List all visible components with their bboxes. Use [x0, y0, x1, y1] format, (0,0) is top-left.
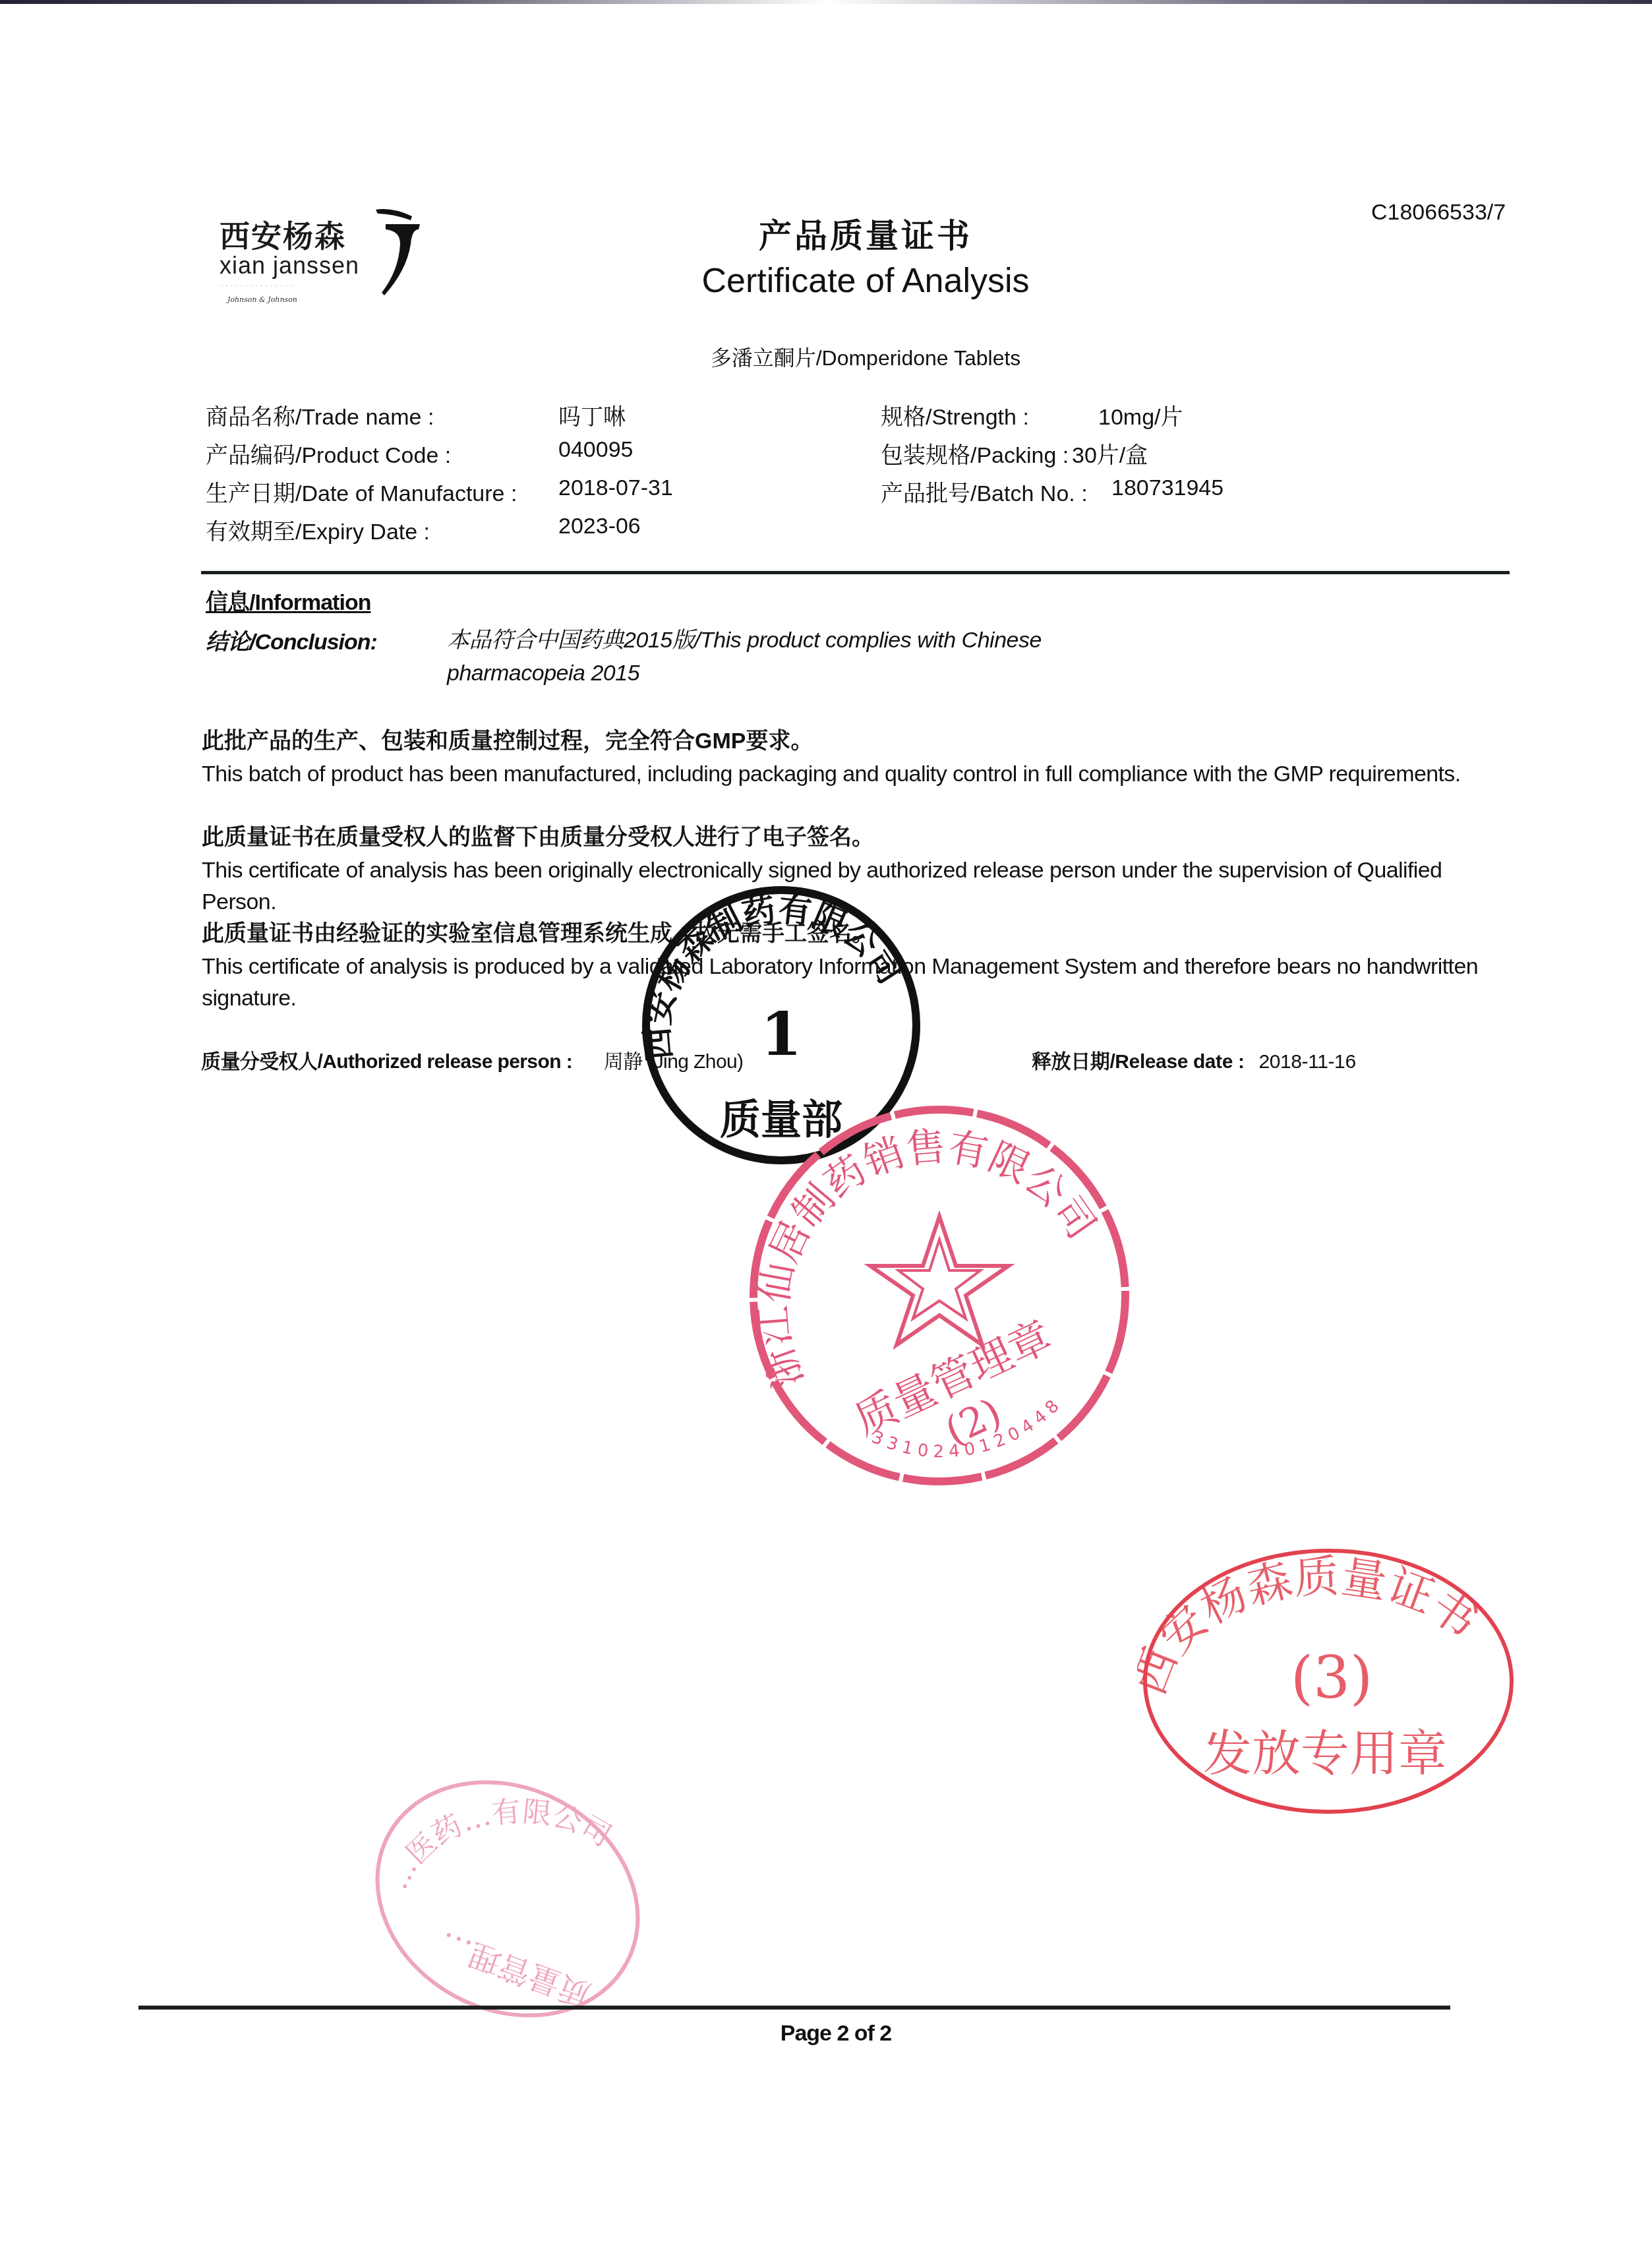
stamp-center-text: (3)	[1291, 1644, 1373, 1712]
field-value: 180731945	[1111, 475, 1224, 501]
signature-label: 质量分受权人/Authorized release person :	[201, 1051, 572, 1073]
field-value: 30片/盒	[1072, 437, 1148, 469]
release-label: 释放日期/Release date :	[1032, 1051, 1245, 1073]
gmp-statement-en: This batch of product has been manufactu…	[202, 758, 1514, 790]
section-divider	[201, 571, 1510, 574]
scan-edge	[0, 0, 1652, 4]
field-value: 2018-07-31	[558, 475, 673, 501]
stamp-ring-text: …医药…有限公司	[380, 1795, 616, 1895]
field-label: 商品名称/Trade name :	[206, 399, 434, 431]
field-value: 040095	[558, 437, 633, 463]
field-label: 产品编码/Product Code :	[206, 437, 451, 469]
conclusion-text: 本品符合中国药典2015版/This product complies with…	[447, 624, 1172, 690]
field-label: 规格/Strength :	[881, 399, 1029, 431]
field-value: 2023-06	[558, 514, 641, 539]
field-label: 生产日期/Date of Manufacture :	[206, 475, 517, 508]
document-id: C18066533/7	[1371, 200, 1506, 225]
esign-statement-cn: 此质量证书在质量受权人的监督下由质量分受权人进行了电子签名。	[202, 821, 1514, 853]
conclusion-label: 结论/Conclusion:	[206, 624, 377, 656]
field-value: 吗丁啉	[558, 399, 626, 431]
product-name: 多潘立酮片/Domperidone Tablets	[0, 342, 1652, 372]
title-english: Certificate of Analysis	[0, 261, 1652, 301]
information-heading: 信息/Information	[206, 584, 370, 616]
footer-divider	[138, 2006, 1450, 2010]
quality-management-stamp: 浙江仙居制药销售有限公司 质量管理章 (2) 3310240120448	[742, 1098, 1137, 1493]
release-special-stamp: 西安杨森质量证书 (3) 发放专用章	[1137, 1543, 1519, 1820]
faded-stamp: …医药…有限公司 质量管理…	[363, 1774, 653, 2024]
field-label: 包装规格/Packing :	[881, 437, 1069, 469]
field-label: 有效期至/Expiry Date :	[206, 514, 430, 546]
gmp-statement-cn: 此批产品的生产、包装和质量控制过程，完全符合GMP要求。	[202, 725, 1514, 757]
field-value: 10mg/片	[1098, 399, 1183, 431]
release-value: 2018-11-16	[1258, 1051, 1355, 1073]
release-date: 释放日期/Release date : 2018-11-16	[1032, 1045, 1356, 1074]
svg-text:…医药…有限公司: …医药…有限公司	[380, 1795, 616, 1895]
page-number: Page 2 of 2	[0, 2021, 1652, 2046]
stamp-bottom-text: 发放专用章	[1203, 1725, 1447, 1782]
field-label: 产品批号/Batch No. :	[881, 475, 1088, 508]
stamp-center-text: 1	[761, 1000, 802, 1069]
